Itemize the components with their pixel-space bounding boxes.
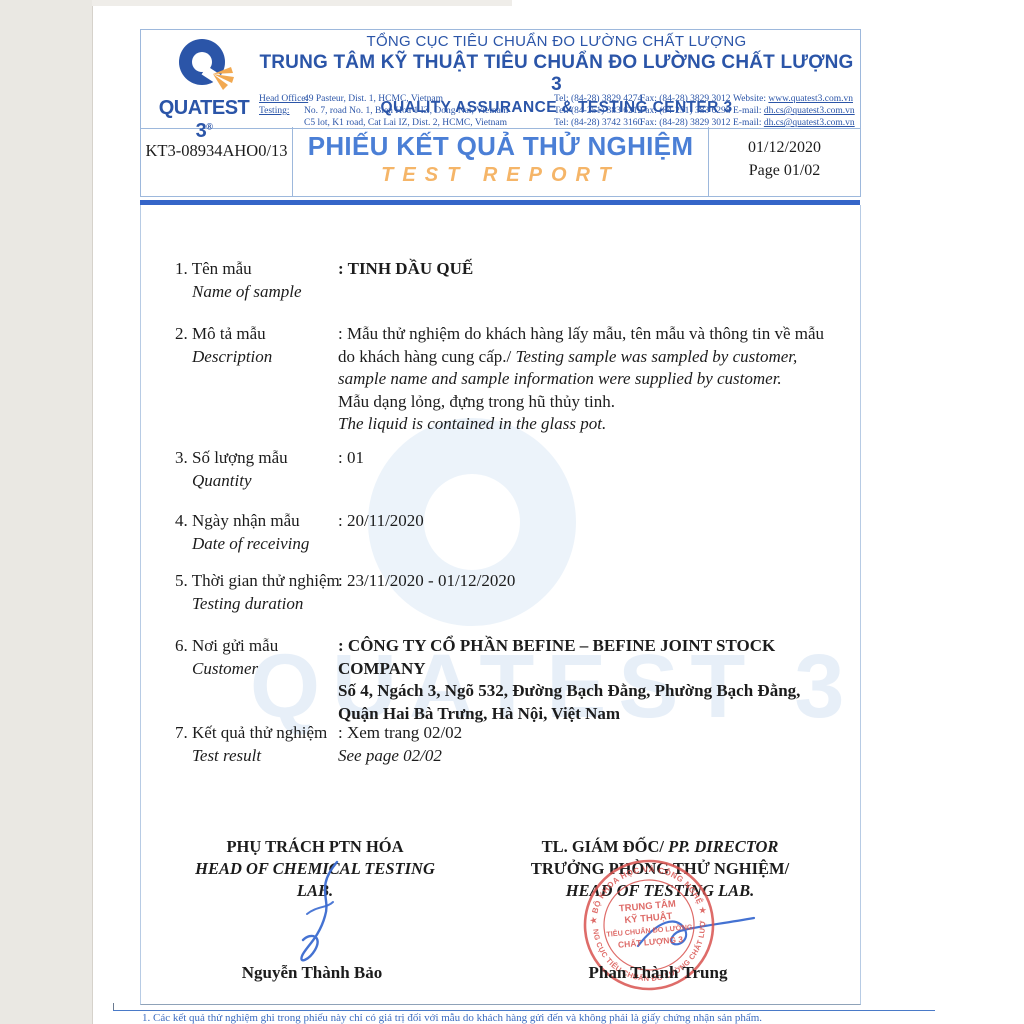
title-band: KT3-08934AHO0/13 PHIẾU KẾT QUẢ THỬ NGHIỆ… bbox=[140, 127, 861, 197]
field-value: : 20/11/2020 bbox=[338, 510, 863, 533]
contact-fax: Fax: (84-28) 3829 3012 bbox=[640, 94, 731, 104]
sig-left-title-vi: PHỤ TRÁCH PTN HÓA bbox=[185, 836, 445, 858]
org-line1: TỔNG CỤC TIÊU CHUẨN ĐO LƯỜNG CHẤT LƯỢNG bbox=[259, 33, 854, 50]
footnote-text: 1. Các kết quả thử nghiệm ghi trong phiế… bbox=[142, 1012, 942, 1024]
field-label-en: Testing duration bbox=[175, 593, 338, 616]
quatest-q-icon bbox=[169, 36, 239, 94]
field-value-line: : CÔNG TY CỔ PHẦN BEFINE – BEFINE JOINT … bbox=[338, 635, 863, 680]
field-label-vi: 2. Mô tả mẫu bbox=[175, 323, 337, 346]
contact-address: No. 7, road No. 1, Bien Hoa 1 IZ, Dong N… bbox=[304, 106, 508, 116]
contact-label: Head Office: bbox=[259, 94, 308, 104]
report-title: PHIẾU KẾT QUẢ THỬ NGHIỆM TEST REPORT bbox=[293, 127, 708, 196]
scan-left-edge bbox=[0, 0, 93, 1024]
field-value: : 01 bbox=[338, 447, 863, 470]
field-label-en: Description bbox=[175, 346, 337, 369]
contact-email: E-mail: dh.cs@quatest3.com.vn bbox=[733, 106, 855, 116]
field-value-line: sample name and sample information were … bbox=[338, 368, 863, 391]
test-report-page: QUATEST 3 QUATEST 3® TỔNG CỤC TIÊU CHUẨN… bbox=[0, 0, 1024, 1024]
contact-website: Website: www.quatest3.com.vn bbox=[733, 94, 853, 104]
signer-name-left: Nguyễn Thành Bảo bbox=[212, 963, 412, 983]
field-value-line: The liquid is contained in the glass pot… bbox=[338, 413, 863, 436]
field-label-en: Date of receiving bbox=[175, 533, 337, 556]
org-line2: TRUNG TÂM KỸ THUẬT TIÊU CHUẨN ĐO LƯỜNG C… bbox=[259, 52, 854, 96]
footnote-rule bbox=[113, 1010, 935, 1011]
field-value: : TINH DẦU QUẾ bbox=[338, 258, 863, 281]
report-page: Page 01/02 bbox=[709, 159, 860, 182]
field-value-line: Số 4, Ngách 3, Ngõ 532, Đường Bạch Đằng,… bbox=[338, 680, 863, 703]
field-value-line: : Mẫu thử nghiệm do khách hàng lấy mẫu, … bbox=[338, 323, 863, 346]
field-value-line: See page 02/02 bbox=[338, 745, 863, 768]
report-title-vi: PHIẾU KẾT QUẢ THỬ NGHIỆM bbox=[293, 131, 708, 162]
contact-label: Testing: bbox=[259, 106, 289, 116]
report-date-page: 01/12/2020 Page 01/02 bbox=[708, 127, 860, 196]
org-titles: TỔNG CỤC TIÊU CHUẨN ĐO LƯỜNG CHẤT LƯỢNG … bbox=[259, 33, 854, 117]
field-value-line: : Xem trang 02/02 bbox=[338, 722, 863, 745]
report-number: KT3-08934AHO0/13 bbox=[141, 127, 293, 196]
field-label-vi: 5. Thời gian thử nghiệm bbox=[175, 570, 338, 593]
field-label-en: Quantity bbox=[175, 470, 337, 493]
field-value-line: Mẫu dạng lỏng, đựng trong hũ thủy tinh. bbox=[338, 391, 863, 414]
contact-tel: Tel: (84-28) 3829 4274 bbox=[554, 94, 642, 104]
contact-tel: Tel: (84-251) 383 6212 bbox=[554, 106, 642, 116]
field-label-vi: 1. Tên mẫu bbox=[175, 258, 337, 281]
scan-top-edge bbox=[92, 0, 512, 6]
field-value-line: do khách hàng cung cấp./ Testing sample … bbox=[338, 346, 863, 369]
field-label-en: Test result bbox=[175, 745, 337, 768]
field-label-vi: 6. Nơi gửi mẫu bbox=[175, 635, 337, 658]
signer-name-right: Phan Thành Trung bbox=[548, 963, 768, 983]
email-link[interactable]: dh.cs@quatest3.com.vn bbox=[764, 106, 855, 116]
report-title-en: TEST REPORT bbox=[293, 164, 708, 187]
letterhead: QUATEST 3® TỔNG CỤC TIÊU CHUẨN ĐO LƯỜNG … bbox=[140, 29, 861, 129]
field-label-vi: 3. Số lượng mẫu bbox=[175, 447, 337, 470]
field-label-vi: 4. Ngày nhận mẫu bbox=[175, 510, 337, 533]
contact-fax: Fax: (84-251) 383 6298 bbox=[640, 106, 731, 116]
field-label-vi: 7. Kết quả thử nghiệm bbox=[175, 722, 337, 745]
signature-left-ink bbox=[245, 858, 385, 968]
report-date: 01/12/2020 bbox=[709, 136, 860, 159]
website-link[interactable]: www.quatest3.com.vn bbox=[768, 94, 853, 104]
field-label-en: Customer bbox=[175, 658, 337, 681]
field-value: : 23/11/2020 - 01/12/2020 bbox=[338, 570, 863, 593]
contact-address: 49 Pasteur, Dist. 1, HCMC, Vietnam bbox=[304, 94, 443, 104]
field-label-en: Name of sample bbox=[175, 281, 337, 304]
